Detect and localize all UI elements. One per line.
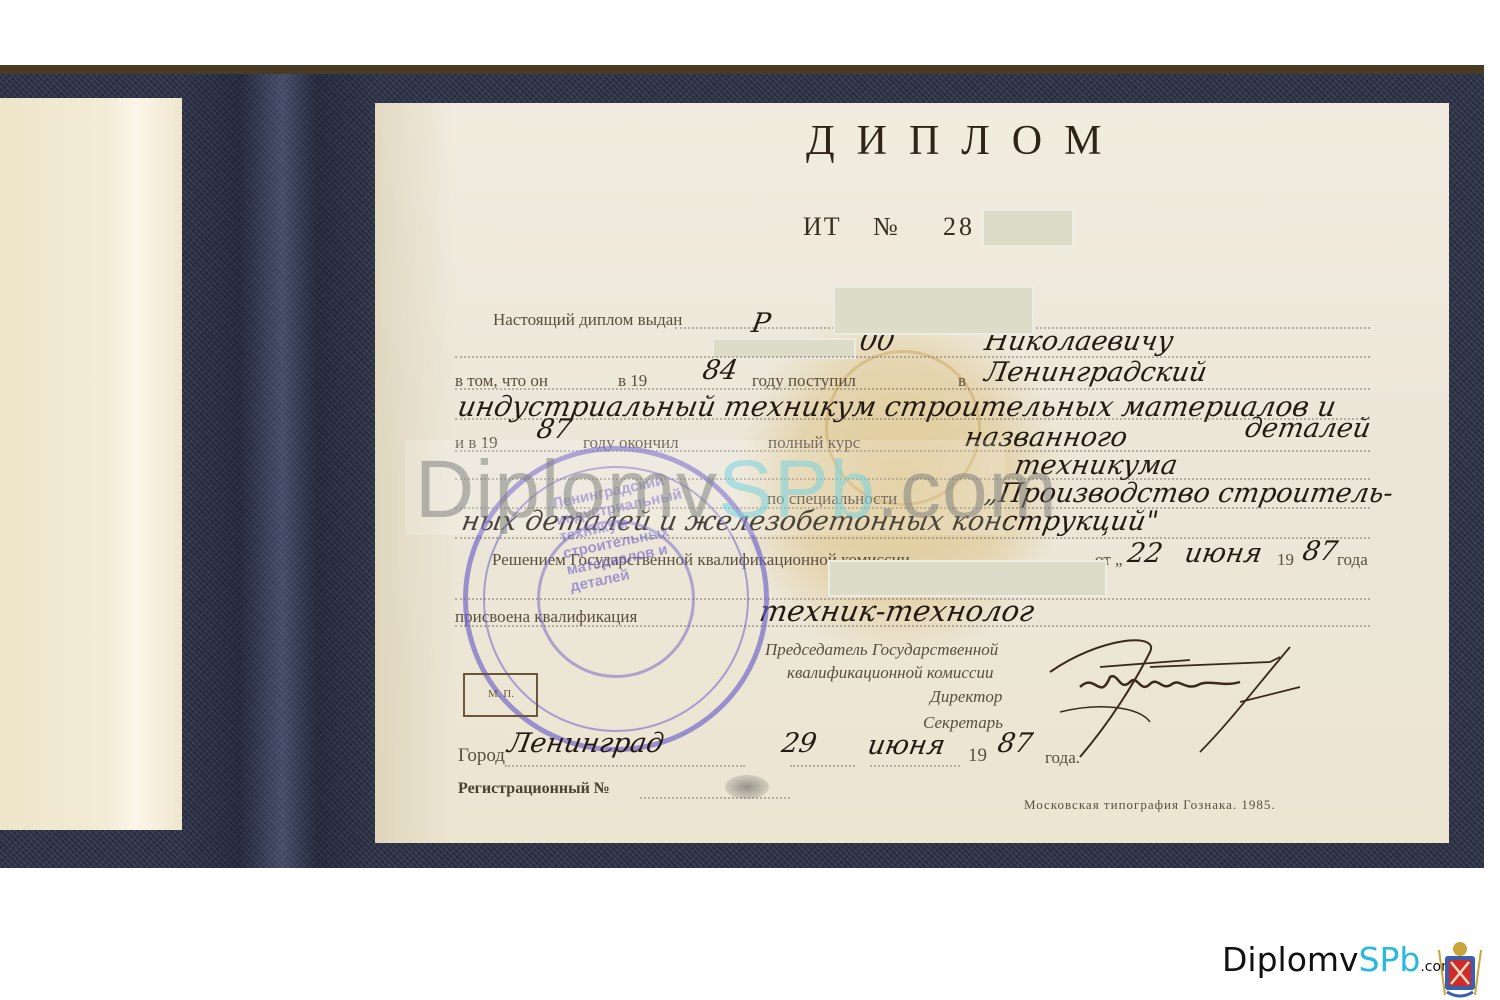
saint-petersburg-coat-of-arms-icon	[1435, 940, 1485, 1000]
handwritten-date-day: 29	[779, 728, 819, 759]
watermark-suffix: .com	[876, 444, 1058, 535]
handwritten-decision-month: июня	[1182, 538, 1264, 569]
left-inner-page	[0, 98, 182, 830]
decision-year-suffix: года	[1337, 550, 1368, 570]
diploma-series: ИТ	[803, 212, 842, 242]
signature-icon	[1040, 632, 1310, 762]
logo-name: Diplomv	[1222, 940, 1359, 979]
handwritten-decision-day: 22	[1125, 538, 1165, 569]
date-suffix: года.	[1045, 748, 1080, 768]
cover-spine	[182, 74, 375, 868]
blurred-registration-number	[725, 775, 769, 799]
handwritten-qualification: техник-технолог	[757, 594, 1037, 628]
handwritten-date-year: 87	[995, 728, 1035, 759]
watermark-accent: SPb	[718, 444, 876, 535]
handwritten-institution-1: Ленинградский	[982, 357, 1209, 388]
handwritten-decision-year: 87	[1300, 536, 1340, 567]
redacted-number	[982, 209, 1074, 247]
watermark-prefix: Diplomv	[415, 444, 718, 535]
decision-year-prefix: 19	[1277, 550, 1294, 570]
watermark: DiplomvSPb.com	[415, 443, 1058, 537]
city-label: Город	[458, 745, 505, 767]
handwritten-year-enrolled: 84	[700, 355, 740, 386]
issued-label: Настоящий диплом выдан	[493, 310, 682, 330]
redacted-surname	[833, 286, 1034, 335]
printer-note: Московская типография Гознака. 1985.	[1024, 797, 1276, 813]
site-logo[interactable]: DiplomvSPb.com	[1222, 940, 1455, 979]
diploma-title: ДИПЛОМ	[806, 117, 1123, 165]
diploma-number: 28	[943, 212, 975, 242]
director-label: Директор	[930, 687, 1002, 707]
chair-label-1: Председатель Государственной	[765, 640, 998, 660]
seal-place-label: М. П.	[488, 688, 514, 700]
registration-label: Регистрационный №	[458, 780, 610, 798]
dotted-line	[870, 765, 960, 767]
handwritten-city: Ленинград	[505, 728, 666, 759]
date-year-prefix: 19	[968, 745, 987, 767]
chair-label-2: квалификационной комиссии	[787, 663, 993, 683]
dotted-line	[505, 765, 745, 767]
dotted-line	[790, 765, 855, 767]
dotted-line	[640, 797, 790, 799]
dotted-line	[455, 356, 1370, 358]
redacted-field	[828, 560, 1107, 597]
cover-top-edge	[0, 65, 1484, 74]
dotted-line	[455, 418, 1370, 420]
handwritten-institution-3: деталей	[1242, 413, 1373, 444]
logo-accent: SPb	[1359, 940, 1421, 979]
number-sign: №	[873, 212, 898, 242]
handwritten-date-month: июня	[865, 730, 947, 761]
